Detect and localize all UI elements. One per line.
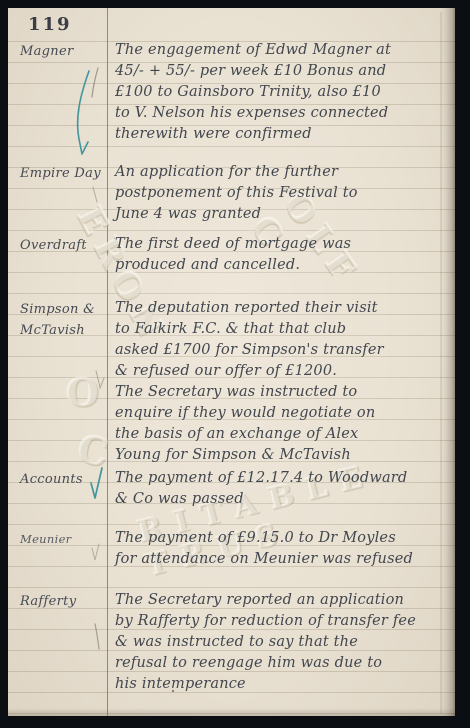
handwriting-line: to Falkirk F.C. & that that club	[115, 319, 441, 340]
minute-entry: Rafferty The Secretary reported an appli…	[8, 590, 455, 695]
handwriting-line: June 4 was granted	[115, 204, 441, 225]
handwriting-line: & was instructed to say that the	[115, 632, 441, 653]
handwriting-line: enquire if they would negotiate on	[115, 403, 441, 424]
minute-entry: Overdraft The first deed of mortgage was…	[8, 234, 455, 276]
entry-text: The payment of £9.15.0 to Dr Moylesfor a…	[115, 528, 441, 570]
minute-entry: Simpson &McTavish The deputation reporte…	[8, 298, 455, 466]
margin-label-line: Overdraft	[20, 235, 106, 256]
entry-text: The engagement of Edwd Magner at45/- + 5…	[115, 40, 441, 145]
handwriting-line: Young for Simpson & McTavish	[115, 445, 441, 466]
scanned-minute-book-photo: { "page_number": "119", "entries": [ { "…	[0, 0, 470, 728]
entry-margin-label: Accounts	[20, 469, 106, 490]
handwriting-line: & Co was passed	[115, 489, 441, 510]
entry-margin-label: Empire Day	[20, 163, 106, 184]
margin-label-line: McTavish	[20, 320, 106, 341]
entry-text: The Secretary reported an applicationby …	[115, 590, 441, 695]
margin-label-line: Rafferty	[20, 591, 106, 612]
entry-text: The first deed of mortgage wasproduced a…	[115, 234, 441, 276]
handwriting-line: The first deed of mortgage was	[115, 234, 441, 255]
handwriting-line: 45/- + 55/- per week £10 Bonus and	[115, 61, 441, 82]
handwriting-line: The Secretary was instructed to	[115, 382, 441, 403]
entry-text: An application for the furtherpostponeme…	[115, 162, 441, 225]
handwriting-line: The payment of £12.17.4 to Woodward	[115, 468, 441, 489]
handwriting-line: An application for the further	[115, 162, 441, 183]
handwriting-line: to V. Nelson his expenses connected	[115, 103, 441, 124]
margin-label-line: Meunier	[20, 529, 106, 550]
handwriting-line: asked £1700 for Simpson's transfer	[115, 340, 441, 361]
minute-entry: Accounts The payment of £12.17.4 to Wood…	[8, 468, 455, 510]
margin-label-line: Empire Day	[20, 163, 106, 184]
margin-label-line: Magner	[20, 41, 106, 62]
handwriting-line: therewith were confirmed	[115, 124, 441, 145]
handwriting-line: refusal to reengage him was due to	[115, 653, 441, 674]
handwriting-line: postponement of this Festival to	[115, 183, 441, 204]
entry-margin-label: Magner	[20, 41, 106, 62]
entry-margin-label: Overdraft	[20, 235, 106, 256]
handwriting-line: & refused our offer of £1200.	[115, 361, 441, 382]
handwriting-line: produced and cancelled.	[115, 255, 441, 276]
entry-margin-label: Rafferty	[20, 591, 106, 612]
entry-margin-label: Simpson &McTavish	[20, 299, 106, 341]
minute-entries: Magner The engagement of Edwd Magner at4…	[8, 8, 455, 716]
handwriting-line: his intemperance	[115, 674, 441, 695]
minute-entry: Meunier The payment of £9.15.0 to Dr Moy…	[8, 528, 455, 570]
entry-text: The payment of £12.17.4 to Woodward& Co …	[115, 468, 441, 510]
margin-label-line: Accounts	[20, 469, 106, 490]
handwriting-line: the basis of an exchange of Alex	[115, 424, 441, 445]
minute-entry: Magner The engagement of Edwd Magner at4…	[8, 40, 455, 145]
handwriting-line: for attendance on Meunier was refused	[115, 549, 441, 570]
ledger-page: 119 ERON OLF C RITABLE TRUS O C Magner T…	[8, 8, 455, 716]
handwriting-line: The deputation reported their visit	[115, 298, 441, 319]
handwriting-line: The Secretary reported an application	[115, 590, 441, 611]
handwriting-line: by Rafferty for reduction of transfer fe…	[115, 611, 441, 632]
entry-text: The deputation reported their visitto Fa…	[115, 298, 441, 466]
margin-label-line: Simpson &	[20, 299, 106, 320]
entry-margin-label: Meunier	[20, 529, 106, 550]
handwriting-line: The engagement of Edwd Magner at	[115, 40, 441, 61]
handwriting-line: The payment of £9.15.0 to Dr Moyles	[115, 528, 441, 549]
handwriting-line: £100 to Gainsboro Trinity, also £10	[115, 82, 441, 103]
minute-entry: Empire Day An application for the furthe…	[8, 162, 455, 225]
